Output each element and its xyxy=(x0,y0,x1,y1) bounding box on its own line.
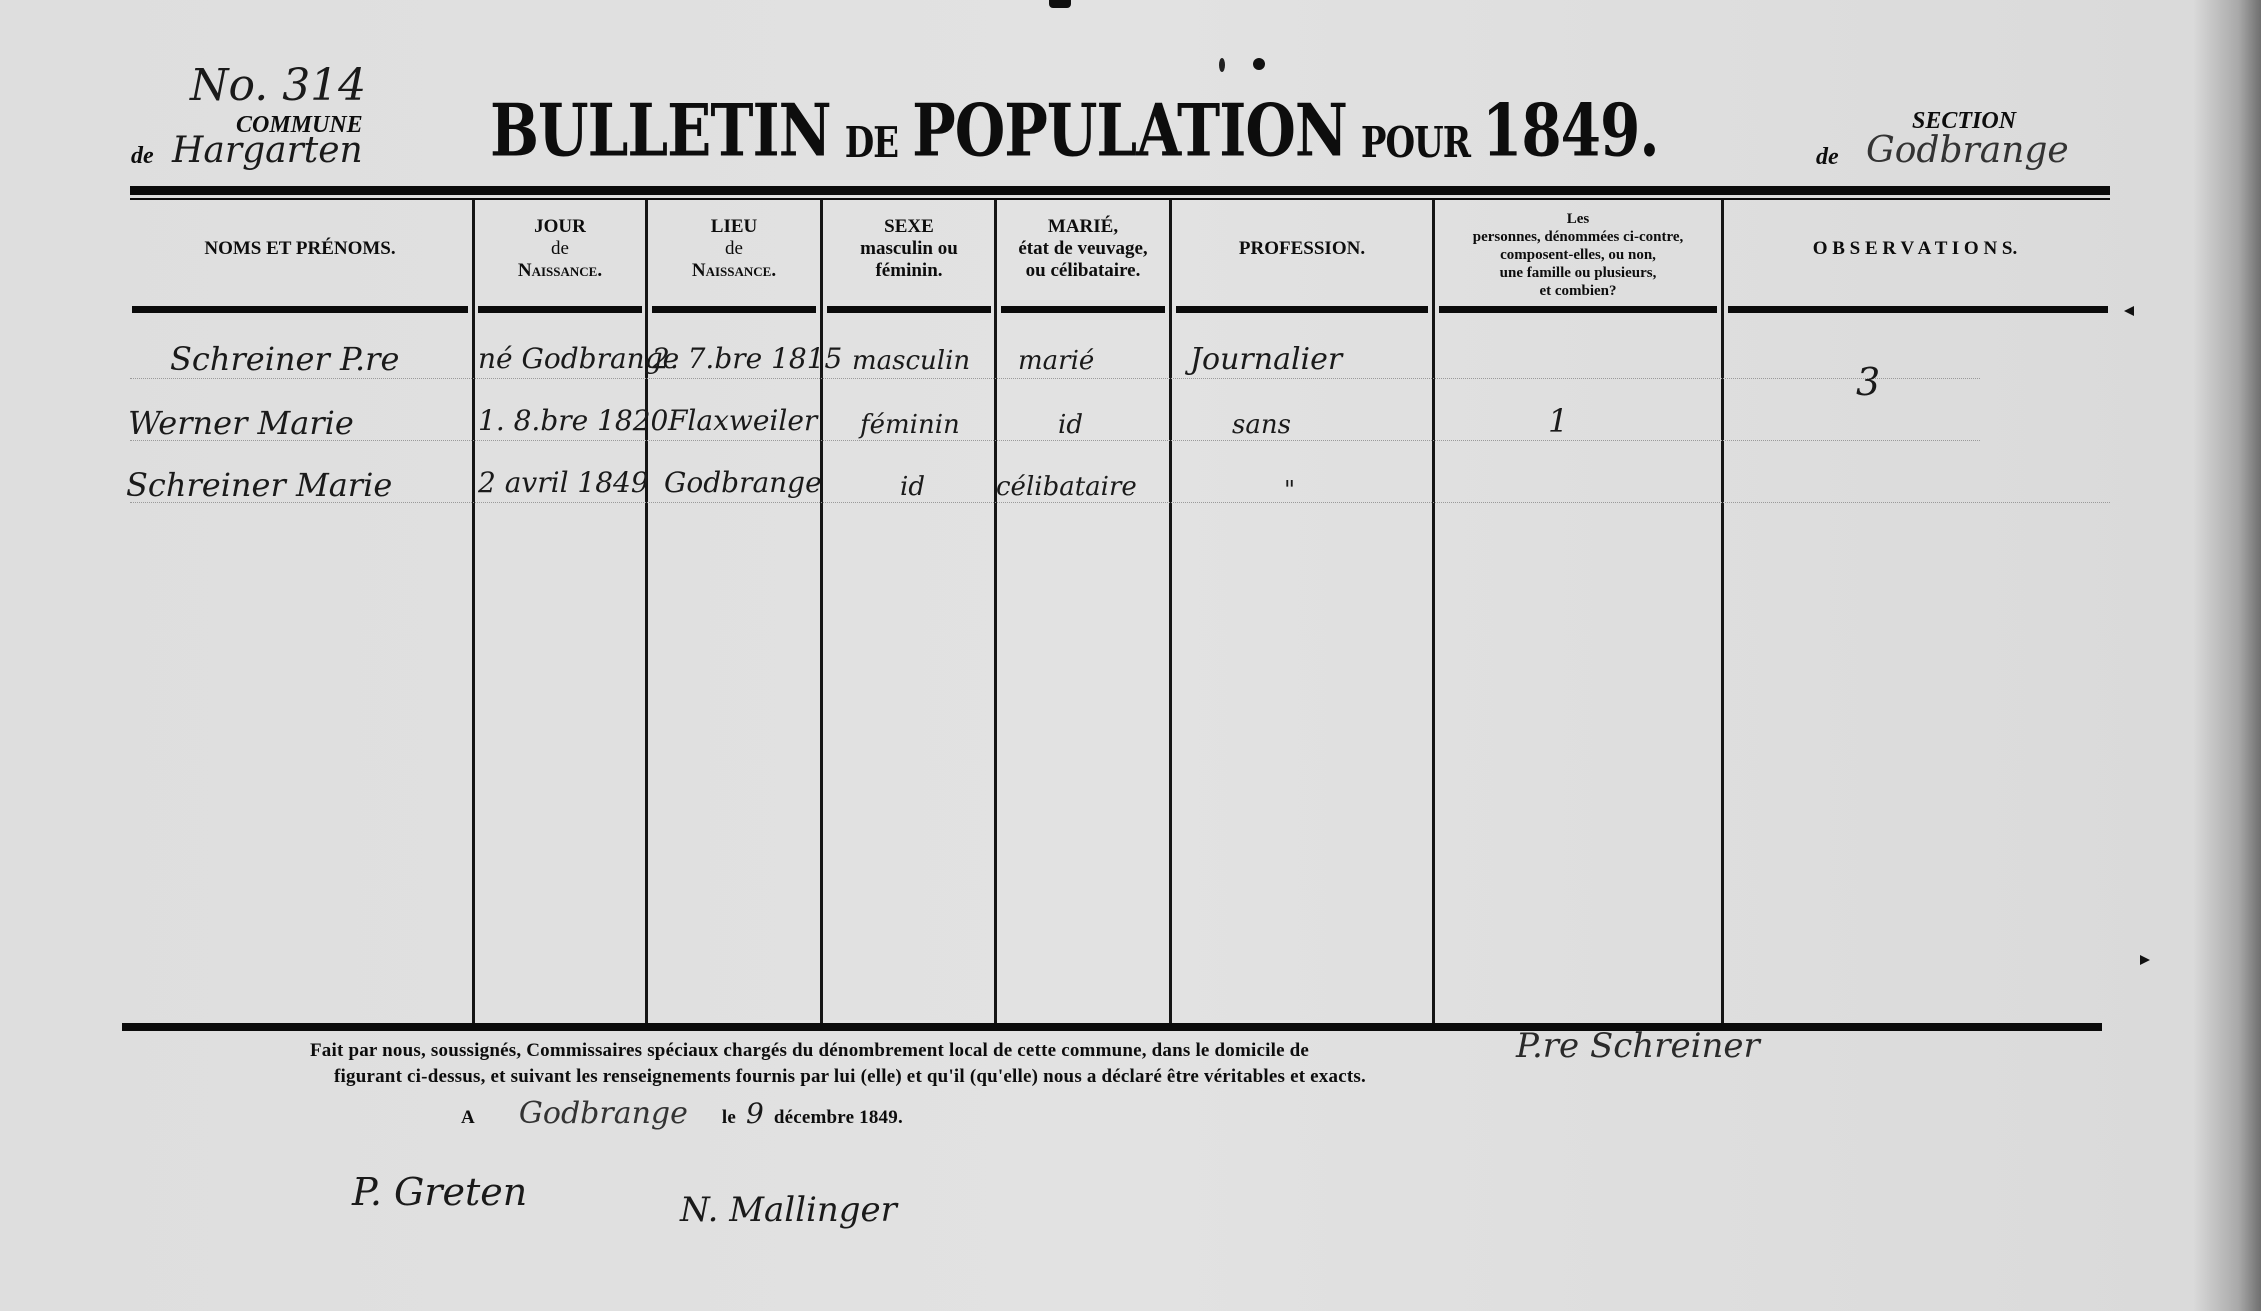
column-header-observations: O B S E R V A T I O N S. xyxy=(1725,238,2105,260)
column-header-label: Naissance. xyxy=(649,260,819,282)
column-header-label: Naissance. xyxy=(476,260,644,282)
column-header-label: de xyxy=(649,238,819,260)
column-header-label: O B S E R V A T I O N S. xyxy=(1813,238,2018,259)
column-header-noms: NOMS ET PRÉNOMS. xyxy=(130,238,470,260)
place-prefix: A xyxy=(461,1107,475,1128)
header-rule xyxy=(1176,306,1428,313)
place-date-line: A Godbrange le 9 décembre 1849. xyxy=(461,1096,903,1131)
column-divider xyxy=(1432,200,1435,1030)
column-header-label: LIEU xyxy=(649,216,819,238)
page-title: BULLETIN DE POPULATION POUR 1849. xyxy=(490,105,1659,175)
cell-jour: né Godbrange xyxy=(478,342,679,375)
ink-stain xyxy=(1049,0,1071,8)
cell-nom: Schreiner Marie xyxy=(126,466,392,504)
declaration-line-2: figurant ci-dessus, et suivant les rense… xyxy=(334,1066,1366,1088)
column-header-label: féminin. xyxy=(824,260,994,282)
column-header-label: masculin ou xyxy=(824,238,994,260)
title-year: 1849. xyxy=(1482,88,1659,173)
document-page xyxy=(0,0,2261,1311)
header-rule xyxy=(478,306,642,313)
cell-lieu: 2. 7.bre 1815 xyxy=(652,342,842,375)
column-header-label: une famille ou plusieurs, xyxy=(1436,264,1720,282)
column-divider xyxy=(645,200,648,1030)
header-rule xyxy=(652,306,816,313)
householder-signature: P.re Schreiner xyxy=(1516,1026,1760,1066)
bulletin-number: No. 314 xyxy=(190,60,366,111)
header-rule xyxy=(1001,306,1165,313)
cell-profession: " xyxy=(1284,476,1295,504)
cell-marie: marié xyxy=(1018,346,1094,376)
column-header-label: SEXE xyxy=(824,216,994,238)
title-bulletin: BULLETIN xyxy=(490,88,831,173)
cell-lieu: Flaxweiler xyxy=(668,404,817,437)
column-divider xyxy=(1721,200,1724,1030)
column-header-profession: PROFESSION. xyxy=(1173,238,1431,260)
section-value: Godbrange xyxy=(1866,130,2069,171)
column-header-marie: MARIÉ, état de veuvage, ou célibataire. xyxy=(998,216,1168,282)
cell-observations: 3 xyxy=(1856,360,1880,404)
column-header-label: ou célibataire. xyxy=(998,260,1168,282)
date-suffix: décembre 1849. xyxy=(774,1107,903,1128)
header-rule xyxy=(827,306,991,313)
title-de: DE xyxy=(845,118,898,168)
column-header-label: Les xyxy=(1436,210,1720,228)
guide-line xyxy=(130,502,2110,503)
column-header-jour: JOUR de Naissance. xyxy=(476,216,644,282)
commissioner-signature-1: P. Greten xyxy=(352,1170,527,1214)
column-header-label: et combien? xyxy=(1436,282,1720,300)
declaration-line-1: Fait par nous, soussignés, Commissaires … xyxy=(310,1040,1309,1062)
column-header-label: MARIÉ, xyxy=(998,216,1168,238)
cell-nom: Schreiner P.re xyxy=(170,340,399,378)
cell-famille: 1 xyxy=(1548,402,1568,440)
header-rule xyxy=(1728,306,2108,313)
guide-line xyxy=(130,440,1980,441)
guide-line xyxy=(130,378,1980,379)
cell-nom: Werner Marie xyxy=(128,404,354,442)
title-population: POPULATION xyxy=(912,88,1347,173)
cell-sexe: masculin xyxy=(852,346,970,376)
margin-arrow-mark xyxy=(2140,955,2150,965)
column-header-label: état de veuvage, xyxy=(998,238,1168,260)
bottom-rule xyxy=(122,1023,2102,1031)
cell-jour: 1. 8.bre 1820 xyxy=(478,404,668,437)
cell-profession: sans xyxy=(1232,410,1291,440)
ink-stain xyxy=(1253,58,1265,70)
column-header-famille: Les personnes, dénommées ci-contre, comp… xyxy=(1436,210,1720,300)
column-header-label: personnes, dénommées ci-contre, xyxy=(1436,228,1720,246)
cell-jour: 2 avril 1849 xyxy=(478,466,649,499)
column-header-lieu: LIEU de Naissance. xyxy=(649,216,819,282)
title-pour: POUR xyxy=(1361,118,1470,168)
commissioner-signature-2: N. Mallinger xyxy=(680,1190,897,1230)
cell-marie: id xyxy=(1058,410,1083,440)
column-header-sexe: SEXE masculin ou féminin. xyxy=(824,216,994,282)
column-header-label: PROFESSION. xyxy=(1239,238,1365,259)
commune-de: de xyxy=(131,143,154,170)
date-prefix: le xyxy=(722,1107,736,1128)
column-divider xyxy=(994,200,997,1030)
section-de: de xyxy=(1816,144,1839,171)
cell-sexe: id xyxy=(900,472,925,502)
column-divider xyxy=(472,200,475,1030)
cell-marie: célibataire xyxy=(996,472,1137,502)
column-header-label: composent-elles, ou non, xyxy=(1436,246,1720,264)
header-rule xyxy=(1439,306,1717,313)
date-day: 9 xyxy=(746,1097,764,1130)
column-divider xyxy=(1169,200,1172,1030)
column-header-label: NOMS ET PRÉNOMS. xyxy=(204,238,395,259)
cell-sexe: féminin xyxy=(860,410,960,440)
top-rule-thin xyxy=(130,198,2110,200)
place-value: Godbrange xyxy=(519,1096,688,1131)
column-header-label: de xyxy=(476,238,644,260)
column-divider xyxy=(820,200,823,1030)
top-rule xyxy=(130,186,2110,195)
cell-profession: Journalier xyxy=(1190,342,1342,377)
column-header-label: JOUR xyxy=(476,216,644,238)
header-rule xyxy=(132,306,468,313)
ink-stain xyxy=(1219,58,1225,72)
margin-arrow-mark xyxy=(2124,306,2134,316)
commune-value: Hargarten xyxy=(172,130,363,171)
cell-lieu: Godbrange xyxy=(664,466,822,499)
